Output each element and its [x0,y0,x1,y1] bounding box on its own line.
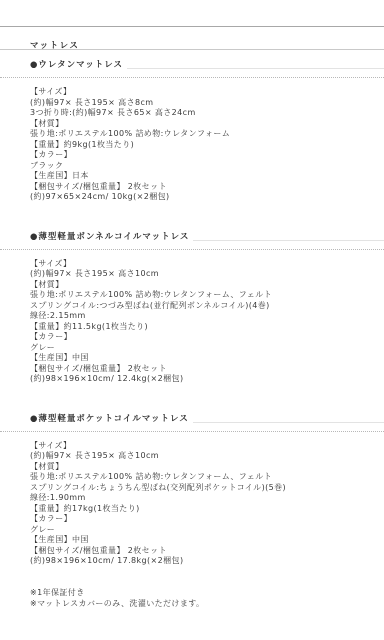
spec-line: グレー [30,343,384,354]
section-header-rule [193,240,384,241]
mattress-spec-page: マットレス ●ウレタンマットレス 【サイズ】 (約)幅97× 長さ195× 高さ… [0,0,384,640]
spec-line: (約)幅97× 長さ195× 高さ8cm [30,98,384,109]
spec-line: 【重量】約17kg(1枚当たり) [30,504,384,515]
section-header: ●ウレタンマットレス [30,59,384,70]
spec-line: 【サイズ】 [30,441,384,452]
dotted-divider [0,249,384,250]
spec-lines: 【サイズ】 (約)幅97× 長さ195× 高さ10cm 【材質】 張り地:ポリエ… [30,441,384,567]
spec-line: 張り地:ポリエステル100% 詰め物:ウレタンフォーム、フェルト [30,290,384,301]
section-header-rule [127,68,384,69]
spec-line: 【生産国】中国 [30,353,384,364]
spec-line: 【カラー】 [30,150,384,161]
spec-line: グレー [30,525,384,536]
dotted-divider [0,431,384,432]
spec-line: ブラック [30,161,384,172]
footnotes: ※1年保証付き ※マットレスカバーのみ、洗濯いただけます。 [30,587,384,610]
product-section: ●薄型軽量ポケットコイルマットレス 【サイズ】 (約)幅97× 長さ195× 高… [0,413,384,567]
spec-line: 張り地:ポリエステル100% 詰め物:ウレタンフォーム、フェルト [30,472,384,483]
spec-line: (約)幅97× 長さ195× 高さ10cm [30,451,384,462]
section-header: ●薄型軽量ボンネルコイルマットレス [30,231,384,242]
dotted-divider [0,77,384,78]
spec-line: (約)98×196×10cm/ 17.8kg(×2梱包) [30,556,384,567]
spec-line: 3つ折り時:(約)幅97× 長さ65× 高さ24cm [30,108,384,119]
spec-line: 【カラー】 [30,514,384,525]
page-title: マットレス [30,41,79,51]
product-section: ●薄型軽量ボンネルコイルマットレス 【サイズ】 (約)幅97× 長さ195× 高… [0,231,384,385]
footnote-line: ※1年保証付き [30,587,384,599]
spec-line: スプリングコイル:ちょうちん型ばね(交列配列ポケットコイル)(5巻) [30,483,384,494]
sections-container: ●ウレタンマットレス 【サイズ】 (約)幅97× 長さ195× 高さ8cm 3つ… [0,59,384,567]
spec-line: (約)97×65×24cm/ 10kg(×2梱包) [30,192,384,203]
spec-line: (約)幅97× 長さ195× 高さ10cm [30,269,384,280]
spec-line: 【サイズ】 [30,259,384,270]
page-header: マットレス [0,27,384,49]
section-title: ●薄型軽量ポケットコイルマットレス [30,412,189,424]
spec-line: 張り地:ポリエステル100% 詰め物:ウレタンフォーム [30,129,384,140]
spec-line: 【生産国】日本 [30,171,384,182]
section-title: ●ウレタンマットレス [30,58,123,70]
spec-line: 【梱包サイズ/梱包重量】 2枚セット [30,364,384,375]
spec-line: 【梱包サイズ/梱包重量】 2枚セット [30,182,384,193]
spec-lines: 【サイズ】 (約)幅97× 長さ195× 高さ10cm 【材質】 張り地:ポリエ… [30,259,384,385]
spec-line: 【生産国】中国 [30,535,384,546]
spec-line: 【重量】約11.5kg(1枚当たり) [30,322,384,333]
spec-line: 【梱包サイズ/梱包重量】 2枚セット [30,546,384,557]
spec-line: 【サイズ】 [30,87,384,98]
spec-line: (約)98×196×10cm/ 12.4kg(×2梱包) [30,374,384,385]
spec-line: 【重量】約9kg(1枚当たり) [30,140,384,151]
spec-line: 線径:1.90mm [30,493,384,504]
spec-line: スプリングコイル:つづみ型ばね(並行配列ボンネルコイル)(4巻) [30,301,384,312]
section-header: ●薄型軽量ポケットコイルマットレス [30,413,384,424]
spec-line: 線径:2.15mm [30,311,384,322]
spec-lines: 【サイズ】 (約)幅97× 長さ195× 高さ8cm 3つ折り時:(約)幅97×… [30,87,384,203]
section-header-rule [193,422,384,423]
product-section: ●ウレタンマットレス 【サイズ】 (約)幅97× 長さ195× 高さ8cm 3つ… [0,59,384,203]
spec-line: 【材質】 [30,280,384,291]
section-title: ●薄型軽量ボンネルコイルマットレス [30,230,189,242]
spec-line: 【カラー】 [30,332,384,343]
spec-line: 【材質】 [30,119,384,130]
spec-line: 【材質】 [30,462,384,473]
footnote-line: ※マットレスカバーのみ、洗濯いただけます。 [30,598,384,610]
